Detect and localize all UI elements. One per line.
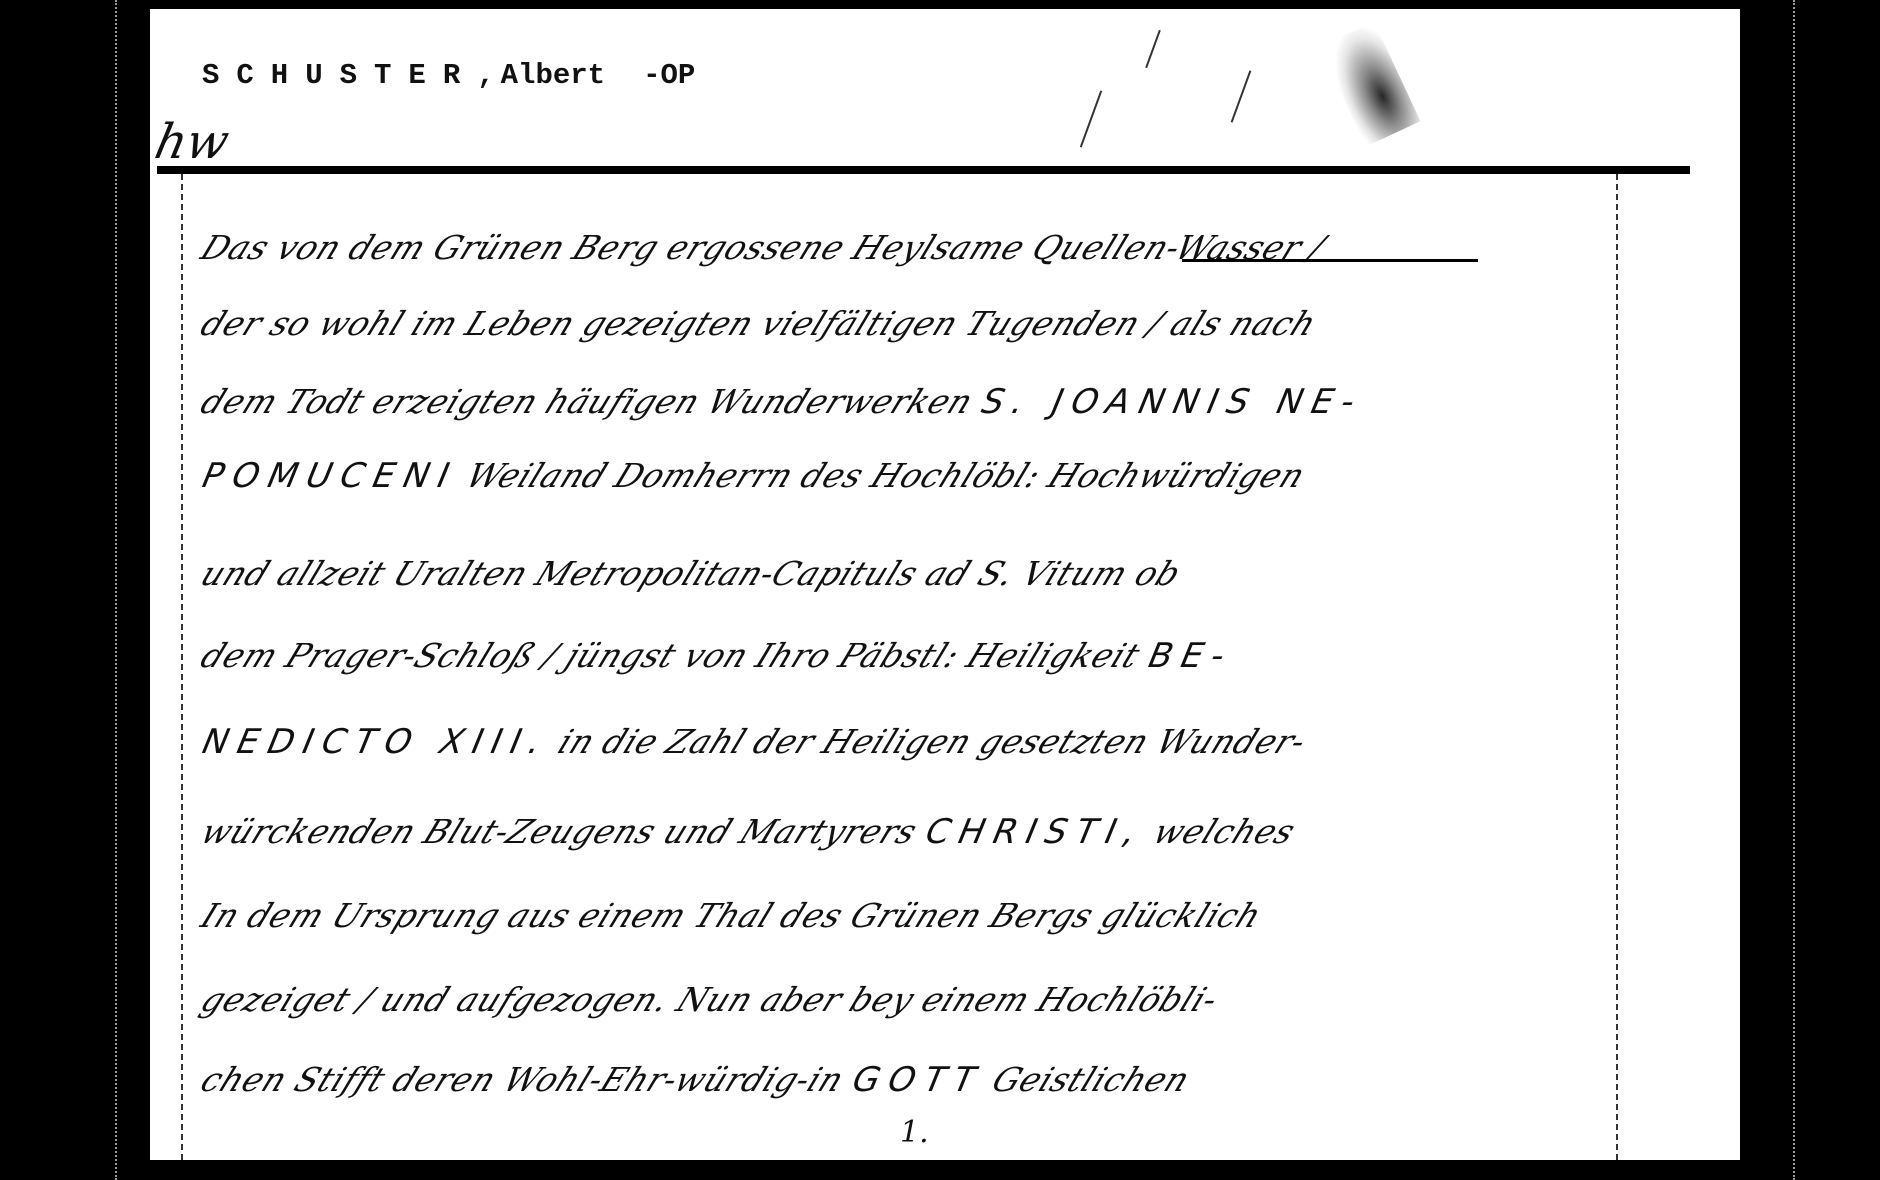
scan-artifact-line-right: [1793, 0, 1795, 1180]
scanned-page: SCHUSTER,Albert-OP hw Das von dem Grünen…: [150, 9, 1740, 1160]
handwritten-line-4: POMUCENI Weiland Domherrn des Hochlöbl: …: [186, 434, 1660, 518]
handwritten-line-2: der so wohl im Leben gezeigten vielfälti…: [186, 282, 1660, 366]
surname: SCHUSTER: [202, 59, 477, 92]
line-text: Geistlichen: [986, 1060, 1196, 1099]
record-header: SCHUSTER,Albert-OP: [202, 59, 695, 92]
left-margin-line: [181, 174, 183, 1160]
order-suffix: -OP: [643, 59, 695, 92]
handwritten-line-7: NEDICTO XIII. in die Zahl der Heiligen g…: [186, 700, 1660, 784]
handwritten-line-5: und allzeit Uralten Metropolitan-Capitul…: [186, 532, 1660, 616]
line-text: in die Zahl der Heiligen gesetzten Wunde…: [553, 722, 1313, 761]
line-text: der so wohl im Leben gezeigten vielfälti…: [195, 304, 1322, 343]
scan-stroke: [1080, 90, 1102, 147]
line-text: dem Todt erzeigten häufigen Wunderwerken: [195, 382, 979, 421]
line-text: chen Stifft deren Wohl-Ehr-würdig-in: [195, 1060, 850, 1099]
line-text: Das von dem Grünen Berg ergossene Heylsa…: [195, 228, 1031, 267]
header-comma: ,: [477, 59, 494, 92]
latin-capitals: POMUCENI: [195, 456, 465, 496]
line-text: und allzeit Uralten Metropolitan-Capitul…: [195, 554, 1187, 593]
line-text: welches: [1148, 812, 1302, 851]
latin-capitals: BE-: [1141, 636, 1241, 676]
scan-stroke: [1231, 70, 1252, 122]
header-rule: [157, 166, 1690, 174]
handwritten-line-9: In dem Ursprung aus einem Thal des Grüne…: [186, 874, 1660, 958]
scan-artifact-line-left: [115, 0, 117, 1180]
latin-capitals: NEDICTO XIII.: [195, 722, 558, 762]
marginal-initials: hw: [150, 114, 234, 170]
line-text: gezeiget / und aufgezogen. Nun aber bey …: [195, 980, 1224, 1019]
phrase-underline: [1182, 259, 1478, 262]
handwritten-line-3: dem Todt erzeigten häufigen Wunderwerken…: [186, 360, 1660, 444]
line-text: würckenden Blut-Zeugens und Martyrers: [195, 812, 923, 851]
given-name: Albert: [501, 59, 605, 92]
handwritten-line-1: Das von dem Grünen Berg ergossene Heylsa…: [186, 206, 1660, 290]
handwritten-line-6: dem Prager-Schloß / jüngst von Ihro Päbs…: [186, 614, 1660, 698]
line-text: In dem Ursprung aus einem Thal des Grüne…: [195, 896, 1267, 935]
handwritten-line-11: chen Stifft deren Wohl-Ehr-würdig-in GOT…: [186, 1038, 1660, 1122]
latin-capitals: GOTT: [845, 1060, 991, 1100]
handwritten-line-8: würckenden Blut-Zeugens und Martyrers CH…: [186, 790, 1660, 874]
latin-capitals: CHRISTI,: [918, 812, 1152, 852]
handwritten-line-10: gezeiget / und aufgezogen. Nun aber bey …: [186, 958, 1660, 1042]
line-text: dem Prager-Schloß / jüngst von Ihro Päbs…: [195, 636, 1146, 675]
scan-stroke: [1145, 30, 1161, 68]
page-number: 1.: [900, 1115, 929, 1150]
line-text: Weiland Domherrn des Hochlöbl: Hochwürdi…: [460, 456, 1311, 495]
scan-smudge: [1320, 21, 1421, 146]
latin-capitals: S. JOANNIS NE-: [974, 382, 1371, 422]
